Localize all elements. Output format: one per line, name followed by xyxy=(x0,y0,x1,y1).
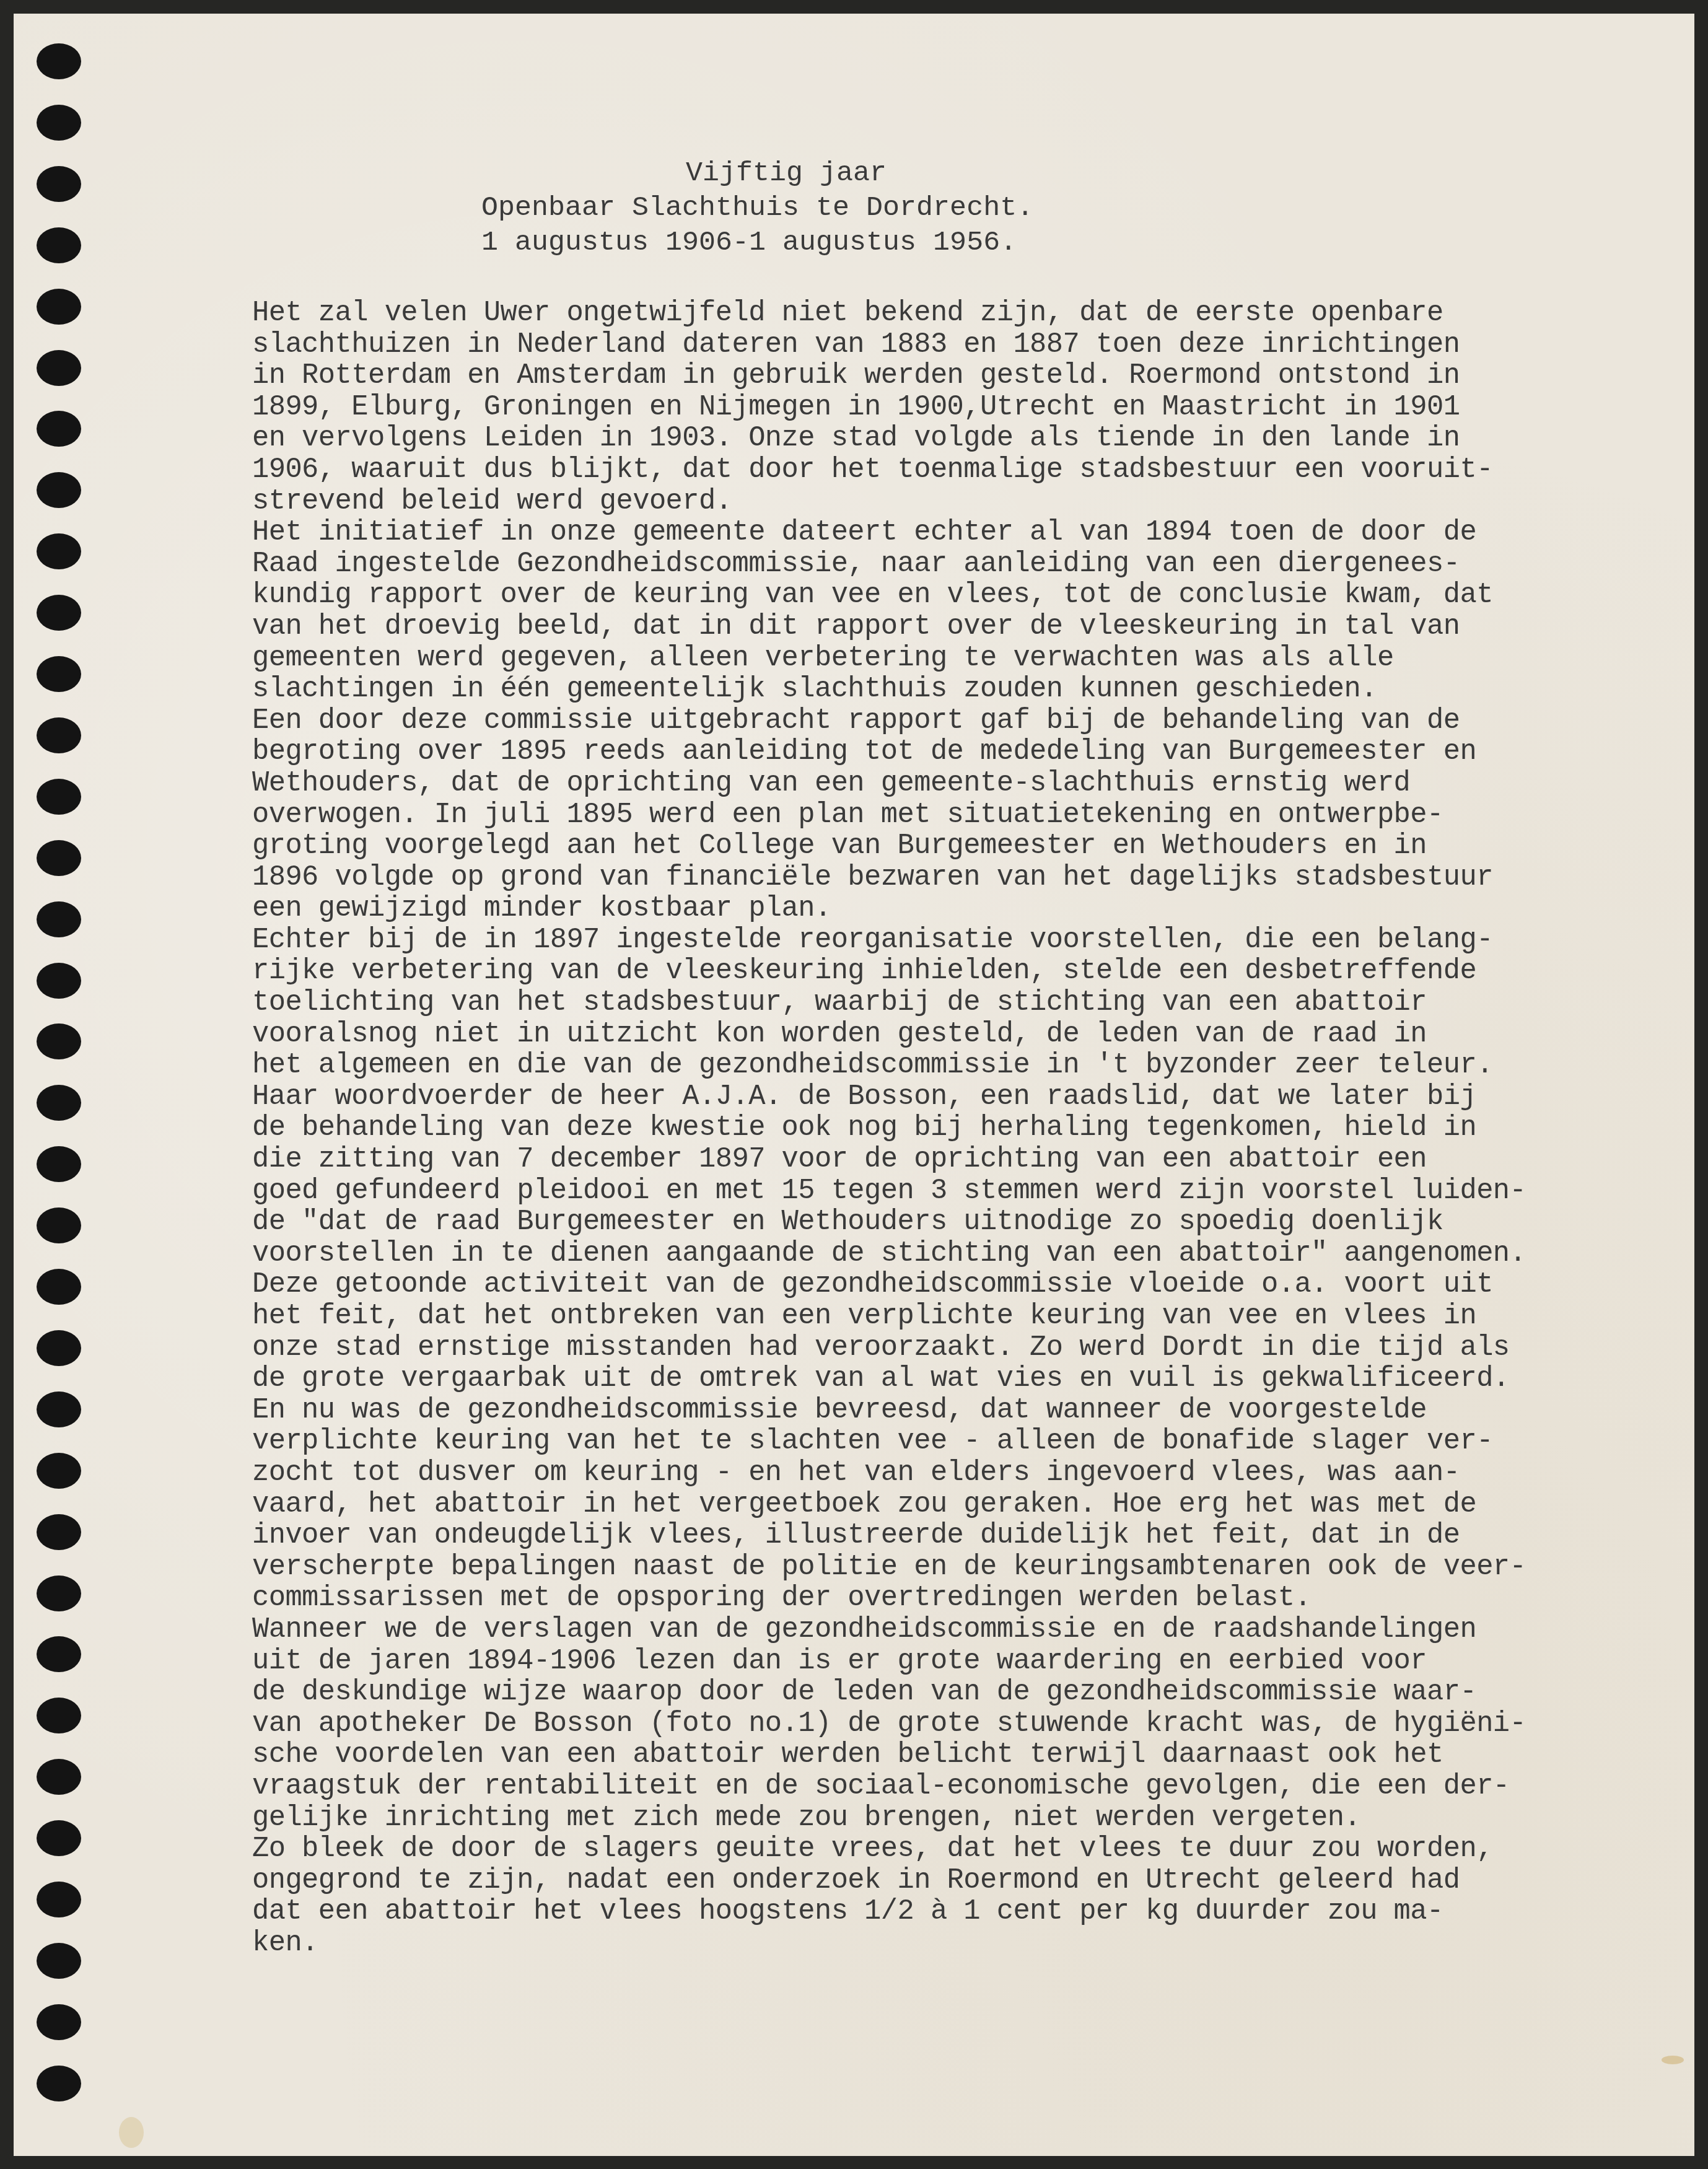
text-line: de deskundige wijze waarop door de leden… xyxy=(252,1676,1677,1708)
text-line: en vervolgens Leiden in 1903. Onze stad … xyxy=(252,423,1677,454)
punch-hole xyxy=(37,289,81,325)
punch-hole xyxy=(37,411,81,447)
punch-hole xyxy=(37,533,81,569)
text-line: vaard, het abattoir in het vergeetboek z… xyxy=(252,1489,1677,1520)
punch-hole xyxy=(37,717,81,753)
punch-hole xyxy=(37,2066,81,2101)
text-line: begroting over 1895 reeds aanleiding tot… xyxy=(252,736,1677,768)
text-line: Wanneer we de verslagen van de gezondhei… xyxy=(252,1614,1677,1645)
punch-hole xyxy=(37,1882,81,1917)
text-line: 1899, Elburg, Groningen en Nijmegen in 1… xyxy=(252,392,1677,423)
punch-hole xyxy=(37,595,81,631)
typewritten-page: Vijftig jaar Openbaar Slachthuis te Dord… xyxy=(14,14,1694,2156)
text-line: Raad ingestelde Gezondheidscommissie, na… xyxy=(252,548,1677,580)
punch-hole xyxy=(37,1207,81,1243)
text-line: 1906, waaruit dus blijkt, dat door het t… xyxy=(252,454,1677,486)
text-line: gemeenten werd gegeven, alleen verbeteri… xyxy=(252,642,1677,674)
text-line: verplichte keuring van het te slachten v… xyxy=(252,1426,1677,1457)
text-line: Deze getoonde activiteit van de gezondhe… xyxy=(252,1269,1677,1300)
text-line: Wethouders, dat de oprichting van een ge… xyxy=(252,768,1677,799)
punch-hole xyxy=(37,840,81,876)
text-line: Een door deze commissie uitgebracht rapp… xyxy=(252,705,1677,737)
text-line: slachthuizen in Nederland dateren van 18… xyxy=(252,329,1677,361)
paper-stain xyxy=(1662,2056,1684,2064)
text-line: toelichting van het stadsbestuur, waarbi… xyxy=(252,987,1677,1019)
text-line: het algemeen en die van de gezondheidsco… xyxy=(252,1049,1677,1081)
text-line: overwogen. In juli 1895 werd een plan me… xyxy=(252,799,1677,831)
text-line: Het initiatief in onze gemeente dateert … xyxy=(252,517,1677,548)
title-line-2: Openbaar Slachthuis te Dordrecht. xyxy=(481,191,1708,226)
punch-hole xyxy=(37,1514,81,1550)
text-line: van apotheker De Bosson (foto no.1) de g… xyxy=(252,1708,1677,1740)
punch-hole xyxy=(37,656,81,692)
text-line: Het zal velen Uwer ongetwijfeld niet bek… xyxy=(252,297,1677,329)
punch-hole xyxy=(37,1330,81,1366)
text-line: Zo bleek de door de slagers geuite vrees… xyxy=(252,1833,1677,1865)
text-line: invoer van ondeugdelijk vlees, illustree… xyxy=(252,1520,1677,1551)
punch-hole xyxy=(37,472,81,508)
punch-hole xyxy=(37,1085,81,1121)
text-line: het feit, dat het ontbreken van een verp… xyxy=(252,1300,1677,1332)
punch-hole xyxy=(37,105,81,141)
text-line: rijke verbetering van de vleeskeuring in… xyxy=(252,955,1677,987)
document-body: Het zal velen Uwer ongetwijfeld niet bek… xyxy=(252,297,1677,1958)
text-line: voorstellen in te dienen aangaande de st… xyxy=(252,1238,1677,1269)
document-title-block: Vijftig jaar Openbaar Slachthuis te Dord… xyxy=(14,156,1694,260)
punch-hole xyxy=(37,1269,81,1305)
text-line: En nu was de gezondheidscommissie bevree… xyxy=(252,1395,1677,1426)
text-line: Haar woordvoerder de heer A.J.A. de Boss… xyxy=(252,1081,1677,1113)
text-line: sche voordelen van een abattoir werden b… xyxy=(252,1739,1677,1771)
text-line: uit de jaren 1894-1906 lezen dan is er g… xyxy=(252,1645,1677,1677)
title-line-1: Vijftig jaar xyxy=(686,156,1708,191)
text-line: onze stad ernstige misstanden had veroor… xyxy=(252,1332,1677,1364)
text-line: 1896 volgde op grond van financiële bezw… xyxy=(252,862,1677,893)
text-line: slachtingen in één gemeentelijk slachthu… xyxy=(252,673,1677,705)
text-line: groting voorgelegd aan het College van B… xyxy=(252,830,1677,862)
punch-hole xyxy=(37,350,81,386)
text-line: commissarissen met de opsporing der over… xyxy=(252,1582,1677,1614)
text-line: de grote vergaarbak uit de omtrek van al… xyxy=(252,1363,1677,1395)
text-line: zocht tot dusver om keuring - en het van… xyxy=(252,1457,1677,1489)
punch-hole xyxy=(37,1575,81,1611)
punch-hole xyxy=(37,43,81,79)
text-line: dat een abattoir het vlees hoogstens 1/2… xyxy=(252,1896,1677,1927)
text-line: strevend beleid werd gevoerd. xyxy=(252,486,1677,517)
punch-hole xyxy=(37,1391,81,1427)
punch-hole-column xyxy=(14,14,138,2156)
punch-hole xyxy=(37,2004,81,2040)
text-line: de "dat de raad Burgemeester en Wethoude… xyxy=(252,1206,1677,1238)
text-line: een gewijzigd minder kostbaar plan. xyxy=(252,893,1677,924)
punch-hole xyxy=(37,1698,81,1733)
punch-hole xyxy=(37,1453,81,1489)
punch-hole xyxy=(37,1636,81,1672)
text-line: die zitting van 7 december 1897 voor de … xyxy=(252,1144,1677,1175)
punch-hole xyxy=(37,1759,81,1795)
punch-hole xyxy=(37,1146,81,1182)
text-line: gelijke inrichting met zich mede zou bre… xyxy=(252,1802,1677,1834)
text-line: ongegrond te zijn, nadat een onderzoek i… xyxy=(252,1865,1677,1896)
text-line: vraagstuk der rentabiliteit en de sociaa… xyxy=(252,1771,1677,1802)
punch-hole xyxy=(37,779,81,815)
text-line: kundig rapport over de keuring van vee e… xyxy=(252,579,1677,611)
text-line: verscherpte bepalingen naast de politie … xyxy=(252,1551,1677,1583)
text-line: Echter bij de in 1897 ingestelde reorgan… xyxy=(252,924,1677,956)
text-line: in Rotterdam en Amsterdam in gebruik wer… xyxy=(252,360,1677,392)
text-line: vooralsnog niet in uitzicht kon worden g… xyxy=(252,1019,1677,1050)
punch-hole xyxy=(37,1820,81,1856)
title-line-3: 1 augustus 1906-1 augustus 1956. xyxy=(481,226,1708,260)
text-line: ken. xyxy=(252,1927,1677,1959)
text-line: de behandeling van deze kwestie ook nog … xyxy=(252,1112,1677,1144)
text-line: van het droevig beeld, dat in dit rappor… xyxy=(252,611,1677,642)
punch-hole xyxy=(37,1023,81,1059)
punch-hole xyxy=(37,901,81,937)
text-line: goed gefundeerd pleidooi en met 15 tegen… xyxy=(252,1175,1677,1207)
paper-stain xyxy=(119,2117,144,2148)
punch-hole xyxy=(37,963,81,999)
punch-hole xyxy=(37,1943,81,1979)
